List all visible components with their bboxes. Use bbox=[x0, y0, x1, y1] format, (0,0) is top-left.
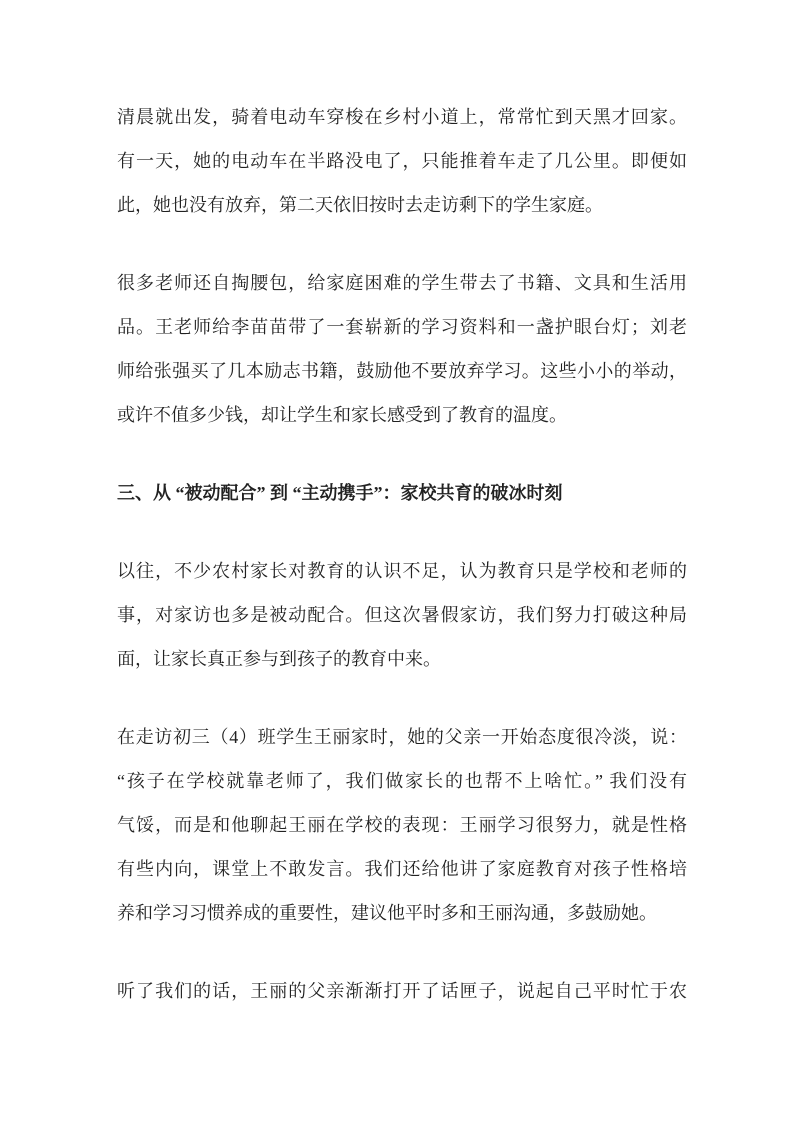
paragraph-teacher-gifts: 很多老师还自掏腰包，给家庭困难的学生带去了书籍、文具和生活用品。王老师给李苗苗带… bbox=[117, 261, 687, 437]
text-line: 有一天，她的电动车在半路没电了，只能推着车走了几公里。即便如 bbox=[117, 139, 687, 183]
paragraph-wangli-home-visit: 在走访初三（4）班学生王丽家时，她的父亲一开始态度很冷淡，说：“孩子在学校就靠老… bbox=[117, 715, 687, 935]
paragraph-father-opens-up: 听了我们的话，王丽的父亲渐渐打开了话匣子，说起自己平时忙于农 bbox=[117, 969, 687, 1013]
document-page: 清晨就出发，骑着电动车穿梭在乡村小道上，常常忙到天黑才回家。有一天，她的电动车在… bbox=[0, 0, 793, 1122]
text-line: 以往，不少农村家长对教育的认识不足，认为教育只是学校和老师的 bbox=[117, 549, 687, 593]
text-line: 此，她也没有放弃，第二天依旧按时去走访剩下的学生家庭。 bbox=[117, 183, 687, 227]
text-line: “孩子在学校就靠老师了，我们做家长的也帮不上啥忙。” 我们没有 bbox=[117, 759, 687, 803]
text-line: 品。王老师给李苗苗带了一套崭新的学习资料和一盏护眼台灯；刘老 bbox=[117, 305, 687, 349]
text-line: 有些内向，课堂上不敢发言。我们还给他讲了家庭教育对孩子性格培 bbox=[117, 847, 687, 891]
text-line: 在走访初三（4）班学生王丽家时，她的父亲一开始态度很冷淡，说： bbox=[117, 715, 687, 759]
text-line: 三、从 “被动配合” 到 “主动携手”：家校共育的破冰时刻 bbox=[117, 471, 687, 515]
heading-section-three: 三、从 “被动配合” 到 “主动携手”：家校共育的破冰时刻 bbox=[117, 471, 687, 515]
text-line: 养和学习习惯养成的重要性，建议他平时多和王丽沟通，多鼓励她。 bbox=[117, 891, 687, 935]
paragraph-teacher-commute: 清晨就出发，骑着电动车穿梭在乡村小道上，常常忙到天黑才回家。有一天，她的电动车在… bbox=[117, 95, 687, 227]
document-body: 清晨就出发，骑着电动车穿梭在乡村小道上，常常忙到天黑才回家。有一天，她的电动车在… bbox=[117, 95, 687, 1047]
paragraph-parent-awareness: 以往，不少农村家长对教育的认识不足，认为教育只是学校和老师的事，对家访也多是被动… bbox=[117, 549, 687, 681]
text-line: 清晨就出发，骑着电动车穿梭在乡村小道上，常常忙到天黑才回家。 bbox=[117, 95, 687, 139]
text-line: 很多老师还自掏腰包，给家庭困难的学生带去了书籍、文具和生活用 bbox=[117, 261, 687, 305]
text-line: 或许不值多少钱，却让学生和家长感受到了教育的温度。 bbox=[117, 393, 687, 437]
text-line: 面，让家长真正参与到孩子的教育中来。 bbox=[117, 637, 687, 681]
text-line: 师给张强买了几本励志书籍，鼓励他不要放弃学习。这些小小的举动， bbox=[117, 349, 687, 393]
text-line: 气馁，而是和他聊起王丽在学校的表现：王丽学习很努力，就是性格 bbox=[117, 803, 687, 847]
text-line: 事，对家访也多是被动配合。但这次暑假家访，我们努力打破这种局 bbox=[117, 593, 687, 637]
text-line: 听了我们的话，王丽的父亲渐渐打开了话匣子，说起自己平时忙于农 bbox=[117, 969, 687, 1013]
